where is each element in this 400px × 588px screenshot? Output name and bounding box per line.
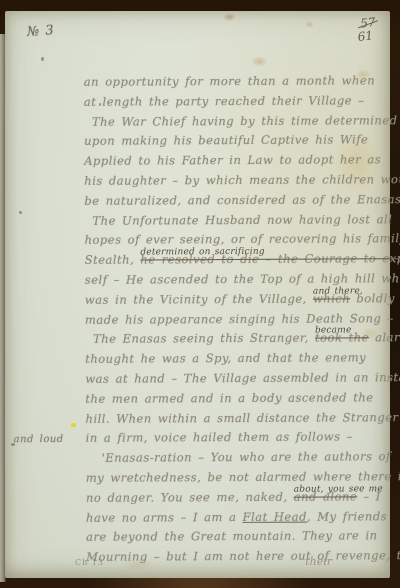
handwritten-text: The War Chief having by this time determ… (92, 113, 398, 129)
manuscript-line: an opportunity for more than a month whe… (84, 71, 388, 92)
handwritten-text: no danger. You see me, naked, (86, 489, 294, 504)
handwritten-text: The Enasas seeing this Stranger, (93, 331, 315, 346)
handwritten-text: thought he was a Spy, and that the enemy (85, 350, 366, 365)
underlined-text: Flat Head (243, 509, 307, 523)
handwritten-text: was in the Vicinity of the Village, (85, 291, 313, 306)
manuscript-line: thought he was a Spy, and that the enemy (85, 348, 389, 369)
manuscript-line: hill. When within a small distance the S… (85, 408, 389, 429)
handwritten-text: hopes of ever seeing, or of recovering h… (85, 231, 400, 247)
manuscript-line: The Unfortunate Husband now having lost … (84, 210, 388, 231)
manuscript-line: his daughter – by which means the childr… (84, 170, 388, 191)
handwritten-text: are beyond the Great mountain. They are … (86, 529, 377, 545)
photo-background: № 3 57 61 an opportunity for more than a… (0, 0, 400, 588)
manuscript-line: have no arms – I am a Flat Head, My frie… (86, 507, 390, 528)
catchword: their (305, 555, 332, 568)
handwritten-text: the men armed and in a body ascended the (85, 390, 373, 406)
manuscript-line: no danger. You see me, naked, about, you… (86, 487, 390, 508)
manuscript-line: and loudin a firm, voice hailed them as … (86, 428, 390, 449)
stain (223, 13, 236, 21)
handwritten-text: an opportunity for more than a month whe… (84, 73, 375, 89)
handwritten-text: in a firm, voice hailed them as follows … (86, 430, 353, 445)
manuscript-line: be naturalized, and considered as of the… (84, 190, 388, 211)
manuscript-line: 'Enasas-ration – You who are the authors… (86, 447, 390, 468)
manuscript-photo: { "header": { "manuscript_no": "№ 3", "p… (0, 0, 400, 588)
ink-speck (19, 211, 22, 214)
pencil-note: Ch 13 (75, 558, 104, 567)
manuscript-line: The War Chief having by this time determ… (84, 111, 388, 132)
manuscript-line: the men armed and in a body ascended the (85, 388, 389, 409)
manuscript-line: upon making his beautiful Captive his Wi… (84, 131, 388, 152)
stain (251, 56, 268, 67)
handwritten-text: The Unfortunate Husband now having lost … (92, 212, 392, 228)
handwritten-text: hill. When within a small distance the S… (85, 410, 398, 426)
handwritten-text: have no arms – I am a (86, 510, 243, 525)
page-number: 61 (357, 29, 374, 44)
manuscript-line: Mourning – but I am not here out of reve… (86, 546, 390, 567)
manuscript-page: № 3 57 61 an opportunity for more than a… (5, 11, 390, 578)
manuscript-lines: an opportunity for more than a month whe… (84, 71, 391, 568)
manuscript-line: are beyond the Great mountain. They are … (86, 527, 390, 548)
margin-note: and loud (14, 430, 64, 450)
highlight-speck (71, 423, 76, 427)
page-numbers: 57 61 (355, 16, 377, 44)
stain (305, 21, 314, 28)
handwritten-text: 'Enasas-ration – You who are the authors… (102, 449, 391, 465)
manuscript-line: was at hand – The Village assembled in a… (85, 368, 389, 389)
handwritten-text: Applied to his Father in Law to adopt he… (84, 152, 381, 168)
handwritten-text: self – He ascended to the Top of a high … (85, 271, 400, 287)
handwritten-text: made his appearance singing his Death So… (85, 311, 394, 327)
handwritten-text: , My friends (307, 509, 387, 523)
handwritten-text: Mourning – but I am not here out of reve… (86, 548, 400, 564)
manuscript-line: Applied to his Father in Law to adopt he… (84, 150, 388, 171)
handwritten-text: be naturalized, and considered as of the… (84, 192, 400, 208)
manuscript-line: at length the party reached their Villag… (84, 91, 388, 112)
handwritten-text: was at hand – The Village assembled in a… (85, 370, 400, 386)
page-number-struck: 57 (359, 16, 376, 31)
ink-speck (41, 57, 44, 61)
handwritten-text: his daughter – by which means the childr… (84, 172, 400, 188)
handwritten-text: alarmed (369, 330, 400, 344)
handwritten-text: Stealth, (85, 253, 141, 267)
handwritten-text: my wretchedness, be not alarmed where th… (86, 469, 400, 485)
manuscript-line: The Enasas seeing this Stranger, becamet… (85, 329, 389, 350)
manuscript-number: № 3 (27, 23, 56, 40)
manuscript-line: Stealth, determined on sacrificinghe res… (85, 249, 389, 270)
handwritten-text: upon making his beautiful Captive his Wi… (84, 133, 368, 148)
manuscript-line: was in the Vicinity of the Village, and … (85, 289, 389, 310)
handwritten-text: at length the party reached their Villag… (84, 93, 365, 108)
